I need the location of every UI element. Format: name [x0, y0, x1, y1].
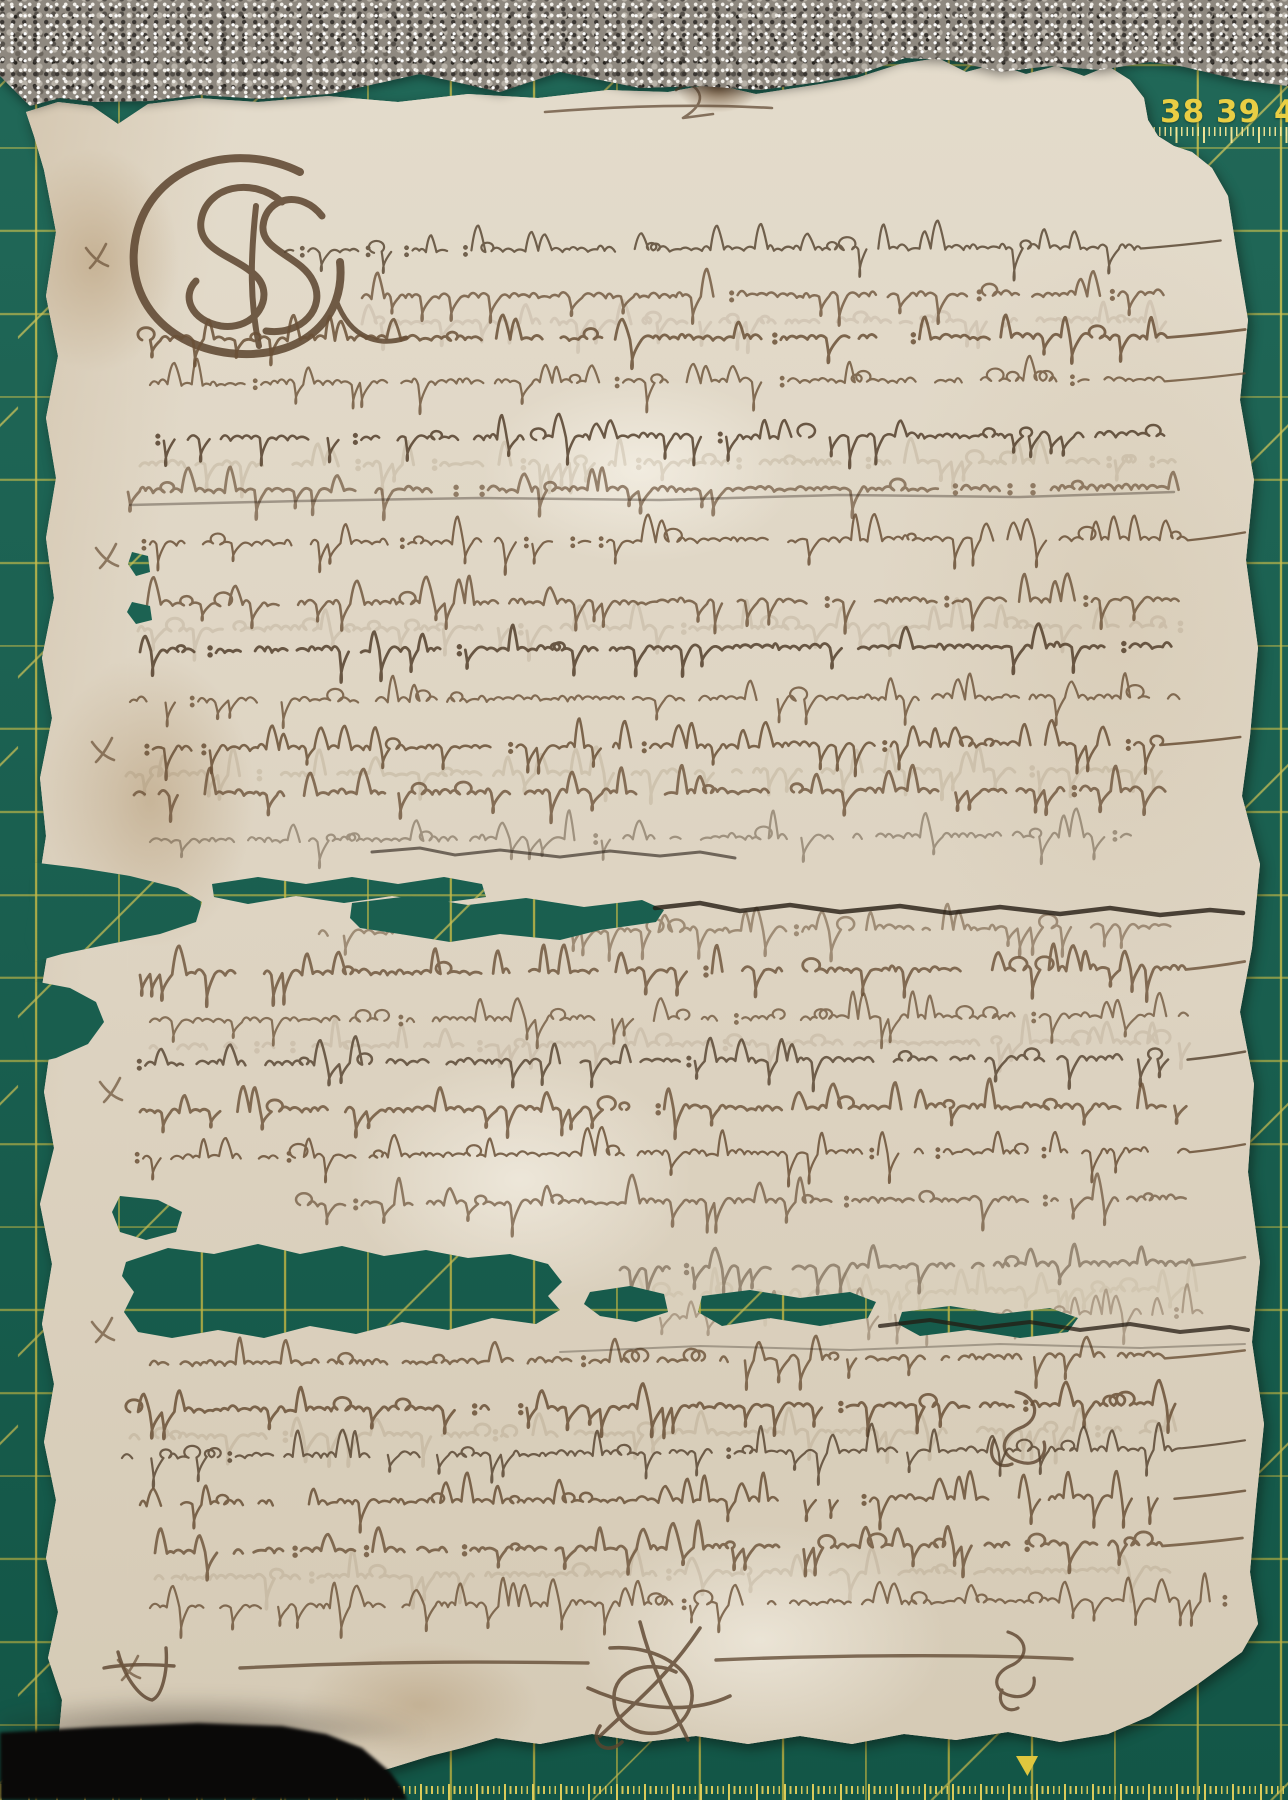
occluding-object-wrap — [0, 0, 1288, 1800]
photo-scene: 38 39 4 — [0, 0, 1288, 1800]
occluding-object — [0, 0, 1288, 1800]
